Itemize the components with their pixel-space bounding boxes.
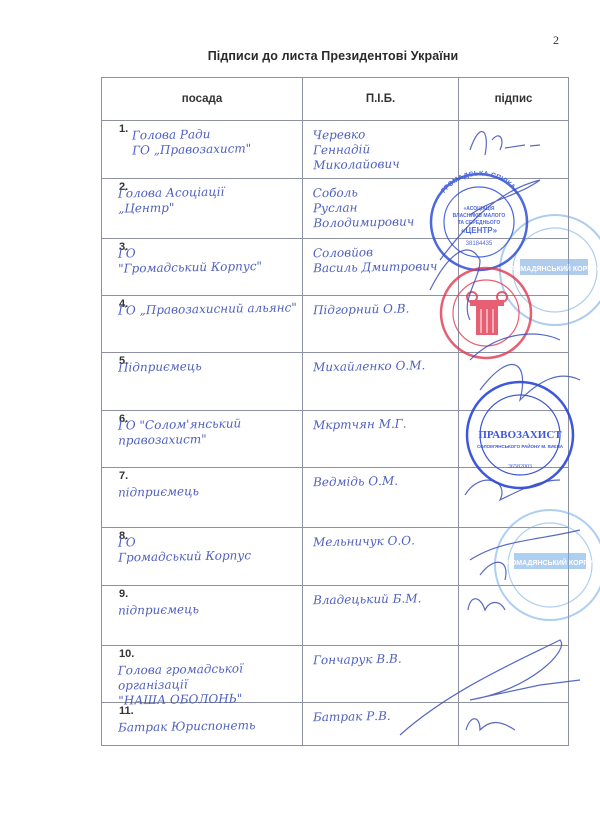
position-cell: 6.ГО "Солом'янський правозахист" xyxy=(102,411,303,468)
header-full-name: П.І.Б. xyxy=(303,78,459,121)
position-cell: 4.ГО „Правозахисний альянс" xyxy=(102,296,303,353)
header-position: посада xyxy=(102,78,303,121)
table-row: 1.Голова Ради ГО „Правозахист"Черевко Ге… xyxy=(102,121,569,179)
full-name-cell: Гончарук В.В. xyxy=(303,646,459,703)
position-cell: 1.Голова Ради ГО „Правозахист" xyxy=(102,121,303,179)
full-name-cell: Черевко Геннадій Миколайович xyxy=(303,121,459,179)
full-name-cell: Батрак Р.В. xyxy=(303,703,459,746)
position-text: ГО „Правозахисний альянс" xyxy=(118,300,298,318)
signature-cell xyxy=(459,239,569,296)
signature-table: посада П.І.Б. підпис 1.Голова Ради ГО „П… xyxy=(101,77,569,746)
table-header-row: посада П.І.Б. підпис xyxy=(102,78,569,121)
position-cell: 2.Голова Асоціації „Центр" xyxy=(102,179,303,239)
position-cell: 11.Батрак Юриспонеть xyxy=(102,703,303,746)
signature-cell xyxy=(459,121,569,179)
table-row: 9.підприємецьВладецький Б.М. xyxy=(102,586,569,646)
full-name-text: Батрак Р.В. xyxy=(313,708,454,725)
table-row: 10.Голова громадської організації "НАША … xyxy=(102,646,569,703)
full-name-cell: Владецький Б.М. xyxy=(303,586,459,646)
full-name-cell: Соболь Руслан Володимирович xyxy=(303,179,459,239)
full-name-text: Мкртчян М.Г. xyxy=(313,416,454,433)
full-name-cell: Ведмідь О.М. xyxy=(303,468,459,528)
position-cell: 3.ГО "Громадський Корпус" xyxy=(102,239,303,296)
full-name-cell: Мкртчян М.Г. xyxy=(303,411,459,468)
row-number: 1. xyxy=(119,123,128,135)
full-name-text: Соболь Руслан Володимирович xyxy=(313,184,455,231)
table-row: 4.ГО „Правозахисний альянс"Підгорний О.В… xyxy=(102,296,569,353)
signature-cell xyxy=(459,411,569,468)
position-text: Підприємець xyxy=(118,357,298,375)
full-name-text: Ведмідь О.М. xyxy=(313,473,454,490)
signature-cell xyxy=(459,528,569,586)
full-name-cell: Соловйов Василь Дмитрович xyxy=(303,239,459,296)
full-name-text: Черевко Геннадій Миколайович xyxy=(313,126,455,173)
position-text: ГО "Солом'янський правозахист" xyxy=(118,415,298,448)
row-number: 11. xyxy=(119,705,134,717)
position-text: ГО "Громадський Корпус" xyxy=(118,243,298,276)
header-signature: підпис xyxy=(459,78,569,121)
position-text: Батрак Юриспонеть xyxy=(118,717,298,735)
position-cell: 9.підприємець xyxy=(102,586,303,646)
position-text: Голова Ради ГО „Правозахист" xyxy=(132,126,298,159)
position-cell: 7.підприємець xyxy=(102,468,303,528)
row-number: 9. xyxy=(119,588,128,600)
table-row: 8.ГО Громадський КорпусМельничук О.О. xyxy=(102,528,569,586)
full-name-text: Гончарук В.В. xyxy=(313,651,454,668)
position-text: підприємець xyxy=(118,482,298,500)
full-name-text: Підгорний О.В. xyxy=(313,301,454,318)
position-text: Голова громадської організації "НАША ОБО… xyxy=(118,660,299,708)
row-number: 7. xyxy=(119,470,128,482)
full-name-text: Соловйов Василь Дмитрович xyxy=(313,244,455,276)
full-name-text: Владецький Б.М. xyxy=(313,591,454,608)
position-cell: 10.Голова громадської організації "НАША … xyxy=(102,646,303,703)
position-text: ГО Громадський Корпус xyxy=(118,532,298,565)
full-name-cell: Михайленко О.М. xyxy=(303,353,459,411)
full-name-cell: Підгорний О.В. xyxy=(303,296,459,353)
full-name-text: Мельничук О.О. xyxy=(313,533,454,550)
position-cell: 5.Підприємець xyxy=(102,353,303,411)
signature-cell xyxy=(459,179,569,239)
full-name-cell: Мельничук О.О. xyxy=(303,528,459,586)
table-row: 5.ПідприємецьМихайленко О.М. xyxy=(102,353,569,411)
signature-cell xyxy=(459,586,569,646)
position-text: підприємець xyxy=(118,600,298,618)
table-row: 2.Голова Асоціації „Центр"Соболь Руслан … xyxy=(102,179,569,239)
document-title: Підписи до листа Президентові України xyxy=(0,49,600,63)
signature-cell xyxy=(459,468,569,528)
signature-cell xyxy=(459,353,569,411)
row-number: 10. xyxy=(119,648,134,660)
full-name-text: Михайленко О.М. xyxy=(313,358,454,375)
signature-cell xyxy=(459,646,569,703)
position-text: Голова Асоціації „Центр" xyxy=(118,183,298,216)
signature-cell xyxy=(459,703,569,746)
table-row: 11.Батрак ЮриспонетьБатрак Р.В. xyxy=(102,703,569,746)
table-row: 3.ГО "Громадський Корпус"Соловйов Василь… xyxy=(102,239,569,296)
table-row: 6.ГО "Солом'янський правозахист"Мкртчян … xyxy=(102,411,569,468)
position-cell: 8.ГО Громадський Корпус xyxy=(102,528,303,586)
page-number: 2 xyxy=(553,33,559,48)
table-row: 7.підприємецьВедмідь О.М. xyxy=(102,468,569,528)
signature-cell xyxy=(459,296,569,353)
